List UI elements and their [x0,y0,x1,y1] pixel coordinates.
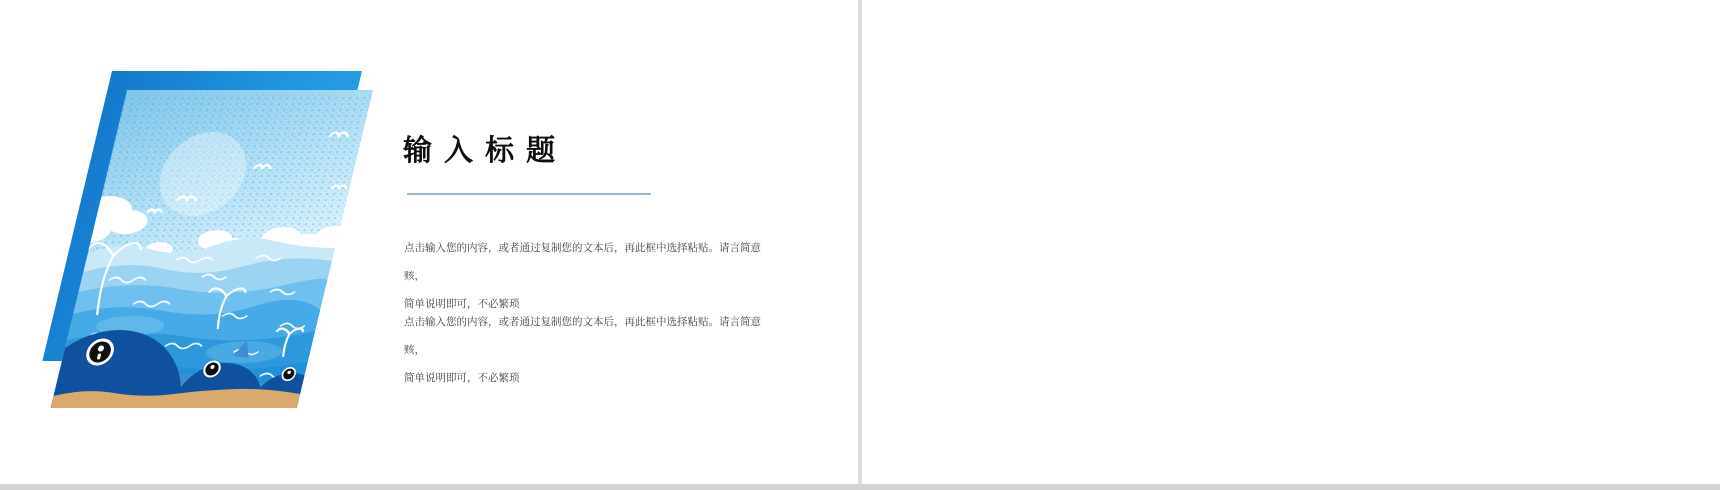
slide-right[interactable]: 版权声明 感谢您下载办公资源网平台上提供的PPT作品，为了您和办公资源以及原创作… [862,0,1720,484]
placeholder-paragraph-2: 点击输入您的内容，或者通过复制您的文本后，再此框中选择粘贴。请言简意赅， 简单说… [404,308,776,392]
title-divider-line [407,193,651,195]
placeholder-paragraph-1: 点击输入您的内容，或者通过复制您的文本后，再此框中选择粘贴。请言简意赅， 简单说… [404,234,776,318]
horizontal-scrollbar[interactable] [0,484,1720,490]
slide-preview-canvas: 输 入 标 题 点击输入您的内容，或者通过复制您的文本后，再此框中选择粘贴。请言… [0,0,1720,490]
slide-title: 输 入 标 题 [403,128,557,169]
slide-gap-divider [858,0,862,484]
slide-left[interactable]: 输 入 标 题 点击输入您的内容，或者通过复制您的文本后，再此框中选择粘贴。请言… [0,0,858,484]
